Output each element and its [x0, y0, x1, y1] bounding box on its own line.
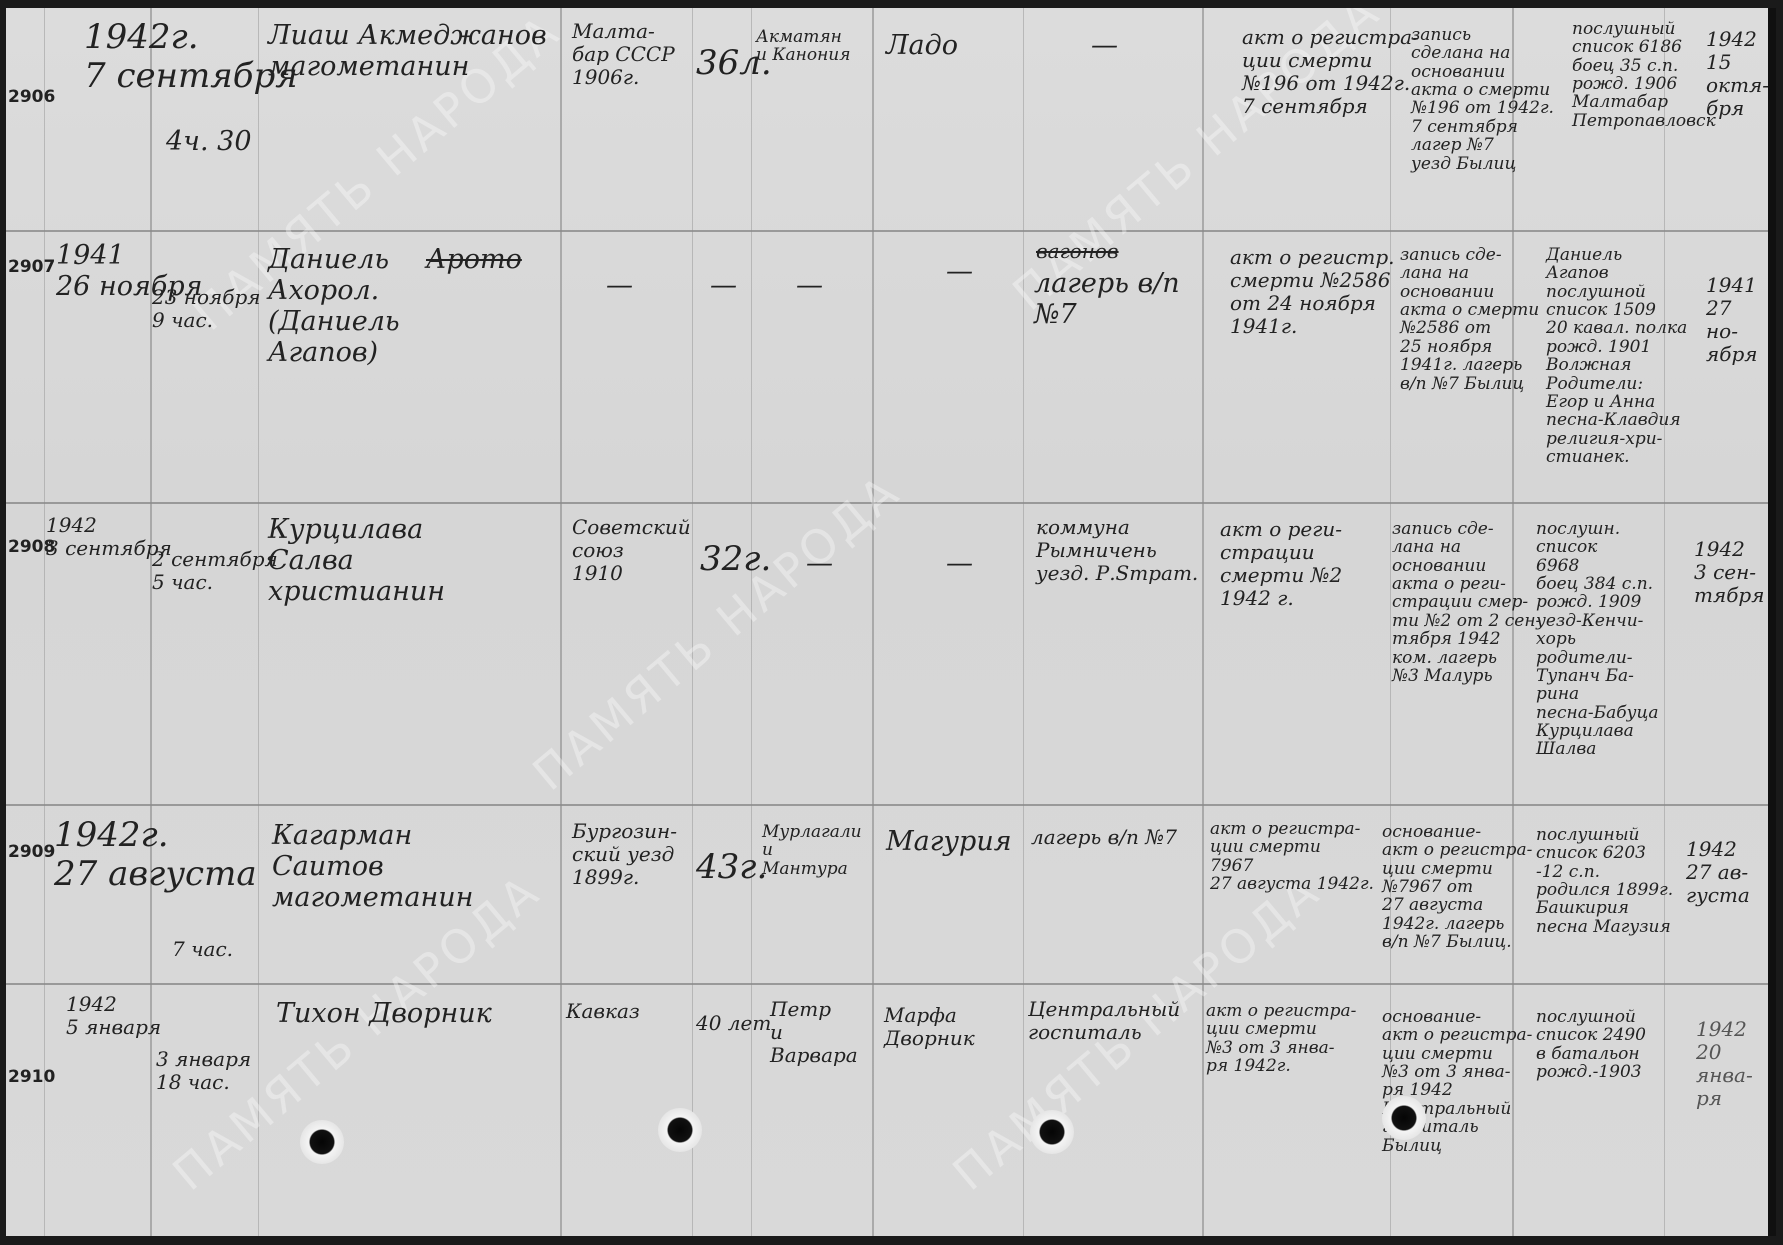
- residence: —: [1091, 30, 1118, 61]
- death-time: 23 ноября 9 час.: [152, 286, 261, 332]
- basis-note: запись сде- лана на основании акта о сме…: [1400, 246, 1539, 393]
- basis-note: запись сделана на основании акта о смерт…: [1411, 26, 1554, 173]
- row-rule: [6, 983, 1768, 985]
- service-note: послушн. список 6968 боец 384 с.п. рожд.…: [1536, 520, 1658, 759]
- residence: лагерь в/п №7: [1031, 826, 1177, 849]
- column-rule: [872, 8, 874, 1236]
- deceased-name: Даниель Ахорол. (Даниель Агапов): [268, 244, 400, 368]
- column-rule: [258, 8, 259, 1236]
- deceased-name: Кагарман Саитов магометанин: [272, 820, 473, 913]
- row-rule: [6, 230, 1768, 232]
- death-time: 4ч. 30: [166, 126, 252, 157]
- watermark: ПАМЯТЬ НАРОДА: [164, 865, 549, 1199]
- punch-hole: [300, 1120, 344, 1164]
- registration-date: 1942 20 янва- ря: [1696, 1018, 1768, 1110]
- act-record: акт о регистра- ции смерти №196 от 1942г…: [1242, 26, 1419, 118]
- spouse: Ладо: [886, 30, 958, 61]
- column-rule: [44, 8, 45, 1236]
- ledger-page: ПАМЯТЬ НАРОДА ПАМЯТЬ НАРОДА ПАМЯТЬ НАРОД…: [6, 8, 1776, 1236]
- registration-date: 1942 27 ав- густа: [1686, 838, 1750, 907]
- row-rule: [6, 804, 1768, 806]
- death-time: 2 сентября 5 час.: [152, 548, 278, 594]
- punch-hole: [658, 1108, 702, 1152]
- column-rule: [150, 8, 152, 1236]
- row-number: 2907: [8, 258, 55, 278]
- row-number: 2910: [8, 1068, 55, 1088]
- act-record: акт о регистр. смерти №2586 от 24 ноября…: [1230, 246, 1395, 338]
- deceased-name: Курцилава Салва христианин: [268, 514, 445, 607]
- residence: коммуна Рымничень уезд. Р.Sтрат.: [1036, 516, 1198, 585]
- parents: Мурлагали и Мантура: [762, 823, 862, 878]
- registration-date: 1941 27 но- ября: [1706, 274, 1768, 366]
- spouse: —: [946, 548, 973, 579]
- birthplace-year: Советский союз 1910: [572, 516, 691, 585]
- deceased-name: Лиаш Акмеджанов магометанин: [268, 20, 547, 82]
- death-time: 7 час.: [172, 938, 233, 961]
- death-date: 1942 5 января: [66, 993, 161, 1039]
- punch-hole: [1382, 1096, 1426, 1140]
- parents: Петр и Варвара: [770, 998, 858, 1067]
- parents: —: [806, 548, 833, 579]
- act-record: акт о реги- страции смерти №2 1942 г.: [1220, 518, 1342, 610]
- basis-note: основание- акт о регистра- ции смерти №7…: [1382, 823, 1532, 952]
- basis-note: запись сде- лана на основании акта о рег…: [1392, 520, 1541, 685]
- death-date: 1942г. 7 сентября: [84, 18, 298, 96]
- death-time: 3 января 18 час.: [156, 1048, 251, 1094]
- registration-date: 1942 3 сен- тября: [1694, 538, 1764, 607]
- age: 43г.: [696, 848, 767, 887]
- service-note: послушный список 6186 боец 35 с.п. рожд.…: [1572, 20, 1716, 130]
- service-note: послушный список 6203 -12 с.п. родился 1…: [1536, 826, 1673, 936]
- row-number: 2909: [8, 843, 55, 863]
- punch-hole: [1030, 1110, 1074, 1154]
- column-rule: [1202, 8, 1204, 1236]
- spouse: Марфа Дворник: [884, 1004, 975, 1050]
- row-rule: [6, 502, 1768, 504]
- service-note: послушной список 2490 в батальон рожд.-1…: [1536, 1008, 1646, 1081]
- act-record: акт о регистра- ции смерти №3 от 3 янва-…: [1206, 1002, 1356, 1075]
- column-rule: [751, 8, 752, 1236]
- death-date: 1942г. 27 августа: [54, 816, 257, 894]
- residence: Центральный госпиталь: [1028, 998, 1180, 1044]
- column-rule: [560, 8, 562, 1236]
- deceased-name: Тихон Дворник: [276, 998, 492, 1029]
- birthplace-year: Малта- бар СССР 1906г.: [572, 20, 675, 89]
- column-rule: [1023, 8, 1024, 1236]
- row-number: 2906: [8, 88, 55, 108]
- birthplace-year: Кавказ: [566, 1000, 640, 1023]
- birthplace-year: Бургозин- ский уезд 1899г.: [572, 820, 677, 889]
- registration-date: 1942 15 октя- бря: [1706, 28, 1769, 120]
- spouse: —: [946, 256, 973, 287]
- act-record: акт о регистра- ции смерти 7967 27 авгус…: [1210, 820, 1374, 893]
- parents: Акматян и Канония: [756, 28, 850, 65]
- parents: —: [796, 270, 823, 301]
- struck-name: Арото: [426, 244, 522, 275]
- struck-residence: вагонов: [1036, 240, 1119, 263]
- column-rule: [1664, 8, 1665, 1236]
- age: 32г.: [700, 540, 771, 579]
- residence: лагерь в/п №7: [1034, 268, 1180, 330]
- column-rule: [692, 8, 693, 1236]
- age: 40 лет: [696, 1012, 771, 1035]
- service-note: Даниель Агапов послушной список 1509 20 …: [1546, 246, 1687, 466]
- birthplace-year: —: [606, 270, 633, 301]
- age: —: [710, 270, 737, 301]
- spouse: Магурия: [886, 826, 1012, 857]
